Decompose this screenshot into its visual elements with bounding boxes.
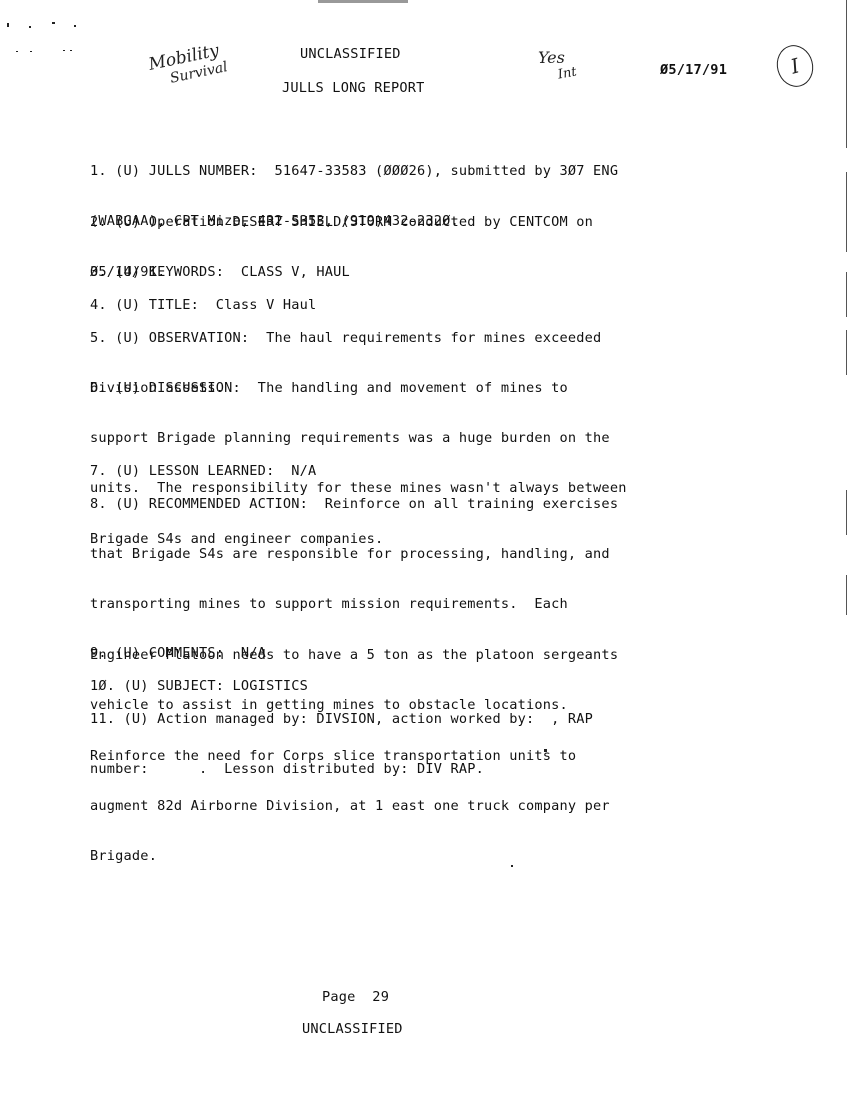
- footer-classification: UNCLASSIFIED: [302, 1021, 403, 1037]
- scan-speck: [30, 51, 32, 52]
- text-line: number: . Lesson distributed by: DIV RAP…: [90, 761, 750, 778]
- text-line: 2. (U) Operation DESERT SHIELD/STORM con…: [90, 214, 750, 231]
- text-line: 1. (U) JULLS NUMBER: 51647-33583 (ØØØ26)…: [90, 163, 750, 180]
- text-line: 11. (U) Action managed by: DIVSION, acti…: [90, 711, 750, 728]
- page-edge-line: [846, 172, 847, 252]
- item-action-managed: 11. (U) Action managed by: DIVSION, acti…: [90, 677, 750, 795]
- report-title: JULLS LONG REPORT: [282, 80, 425, 96]
- scan-speck: [70, 50, 72, 51]
- text-line: augment 82d Airborne Division, at 1 east…: [90, 798, 750, 815]
- handwritten-word: Yes: [538, 50, 577, 66]
- circled-letter: I: [788, 53, 802, 78]
- header-classification: UNCLASSIFIED: [300, 46, 401, 62]
- page-number: Page 29: [322, 989, 389, 1005]
- page-edge-line: [846, 0, 847, 148]
- page-edge-line: [846, 272, 847, 317]
- scan-artifact-top: [318, 0, 408, 3]
- text-line: that Brigade S4s are responsible for pro…: [90, 546, 750, 563]
- handwritten-note-middle: Yes Int: [538, 50, 577, 82]
- page-edge-line: [846, 330, 847, 375]
- page-edge-line: [846, 490, 847, 535]
- text-line: Brigade.: [90, 848, 750, 865]
- text-line: 6. (U) DISCUSSION: The handling and move…: [90, 380, 750, 397]
- scan-speck: [52, 22, 55, 24]
- scan-speck: [29, 26, 31, 28]
- report-date: Ø5/17/91: [660, 62, 727, 78]
- text-line: 8. (U) RECOMMENDED ACTION: Reinforce on …: [90, 496, 750, 513]
- page-edge-line: [846, 575, 847, 615]
- scan-speck: [74, 25, 76, 27]
- scan-speck: [63, 50, 65, 51]
- scan-speck: [7, 23, 9, 27]
- handwritten-word: Int: [557, 64, 578, 83]
- scan-speck: [16, 51, 18, 52]
- handwritten-note-left: Mobility Survival: [147, 40, 229, 91]
- circled-mark-icon: I: [772, 41, 818, 91]
- text-line: 5. (U) OBSERVATION: The haul requirement…: [90, 330, 750, 347]
